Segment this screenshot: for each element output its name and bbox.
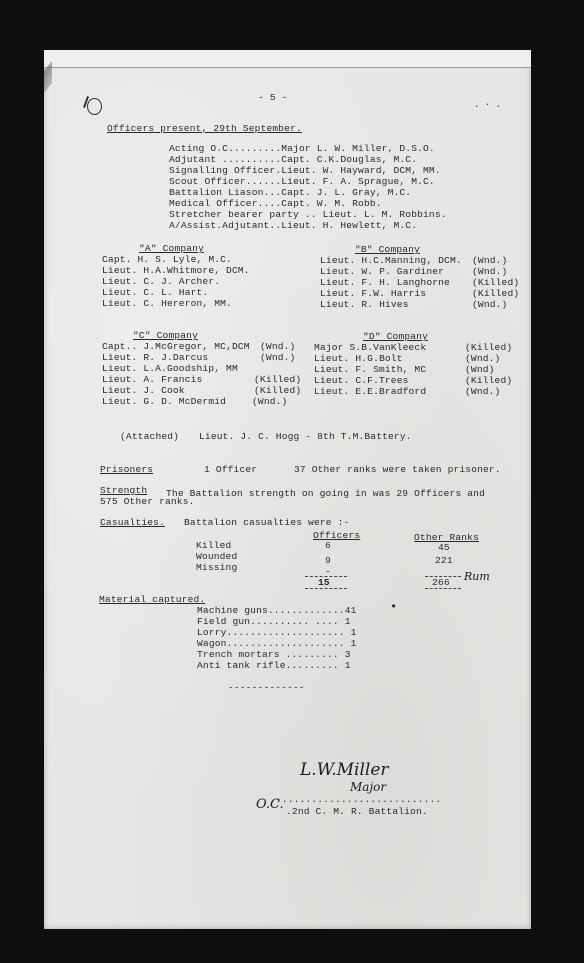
company-title: "D" Company <box>363 331 428 342</box>
casualty-officers: 9 <box>325 555 331 566</box>
staff-row: Acting O.C.........Major L. W. Miller, D… <box>169 143 435 154</box>
col-officers-header: Officers <box>313 530 360 541</box>
punch-hole-icon <box>87 98 102 115</box>
staff-row: Medical Officer....Capt. W. M. Robb. <box>169 198 382 209</box>
signature-name: L.W.Miller <box>300 760 389 780</box>
officer-name: Lieut. H.C.Manning, DCM. <box>320 255 462 266</box>
staff-row: Signalling Officer.Lieut. W. Hayward, DC… <box>169 165 441 176</box>
attached-text: Lieut. J. C. Hogg - 8th T.M.Battery. <box>199 431 412 442</box>
staff-name: Capt. J. L. Gray, M.C. <box>281 187 411 198</box>
casualty-officers: 6 <box>325 540 331 551</box>
prisoners-label: Prisoners <box>100 464 153 475</box>
casualty-other-ranks: 45 <box>438 542 450 553</box>
company-title: "C" Company <box>133 330 198 341</box>
officer-status: (Killed) <box>472 288 519 299</box>
officer-status: (Killed) <box>472 277 519 288</box>
officer-status: (Wnd.) <box>260 352 295 363</box>
prisoners-text: 37 Other ranks were taken prisoner. <box>294 464 501 475</box>
signature-line: ............................. <box>270 794 441 805</box>
staff-role: Medical Officer.... <box>169 198 281 209</box>
officer-row: Lieut. H.A.Whitmore, DCM. <box>102 265 250 276</box>
sum-rule <box>305 588 347 589</box>
officer-status: (Wnd.) <box>472 255 507 266</box>
officer-name: Lieut. G. D. McDermid <box>102 396 226 407</box>
material-qty: 1 <box>345 660 351 671</box>
material-row: Wagon.................... 1 <box>197 638 357 649</box>
material-row: Trench mortars ......... 3 <box>197 649 351 660</box>
sum-rule <box>425 588 461 589</box>
staff-row: Scout Officer......Lieut. F. A. Sprague,… <box>169 176 435 187</box>
staff-name: Major L. W. Miller, D.S.O. <box>281 143 435 154</box>
margin-initials: Rum <box>464 570 490 583</box>
officer-name: Lieut. F. Smith, MC <box>314 364 426 375</box>
material-item: Lorry.................... <box>197 627 351 638</box>
section-title: Officers present, 29th September. <box>107 123 302 134</box>
strength-label: Strength <box>100 485 147 496</box>
staff-role: A/Assist.Adjutant.. <box>169 220 281 231</box>
staff-name: Capt. C.K.Douglas, M.C. <box>281 154 417 165</box>
staff-name: Capt. W. M. Robb. <box>281 198 381 209</box>
casualty-label: Killed <box>196 540 231 551</box>
officer-name: Lieut. R. Hives <box>320 299 409 310</box>
officer-status: (Wnd) <box>465 364 495 375</box>
total-officers: 15 <box>318 577 330 588</box>
staff-role: Adjutant .......... <box>169 154 281 165</box>
material-row: Lorry.................... 1 <box>197 627 357 638</box>
staff-role: Battalion Liason... <box>169 187 281 198</box>
officer-row: Lieut. C. Hereron, MM. <box>102 298 232 309</box>
staff-role: Acting O.C......... <box>169 143 281 154</box>
signature-unit: .2nd C. M. R. Battalion. <box>286 806 428 817</box>
casualties-label: Casualties. <box>100 517 165 528</box>
officer-row: Lieut. C. J. Archer. <box>102 276 220 287</box>
staff-name: Lieut. L. M. Robbins. <box>323 209 447 220</box>
staff-name: Lieut. H. Hewlett, M.C. <box>281 220 417 231</box>
staff-name: Lieut. F. A. Sprague, M.C. <box>281 176 435 187</box>
casualty-other-ranks: 221 <box>435 555 453 566</box>
staff-name: Lieut. W. Hayward, DCM, MM. <box>281 165 441 176</box>
material-row: Field gun.......... .... 1 <box>197 616 351 627</box>
total-other-ranks: 266 <box>432 577 450 588</box>
ink-specks: . · . <box>474 100 501 110</box>
ink-dot: • <box>390 602 397 613</box>
strength-line1: The Battalion strength on going in was 2… <box>166 488 485 499</box>
officer-status: (Wnd.) <box>472 299 507 310</box>
material-item: Anti tank rifle......... <box>197 660 345 671</box>
staff-row: Adjutant ..........Capt. C.K.Douglas, M.… <box>169 154 417 165</box>
end-separator: ------------- <box>228 682 305 693</box>
material-item: Wagon.................... <box>197 638 351 649</box>
officer-row: Capt. H. S. Lyle, M.C. <box>102 254 232 265</box>
officer-name: Lieut. A. Francis <box>102 374 202 385</box>
prisoners-officers: 1 Officer <box>204 464 257 475</box>
strength-line2: 575 Other ranks. <box>100 496 195 507</box>
officer-name: Lieut. C.F.Trees <box>314 375 409 386</box>
staff-role: Scout Officer...... <box>169 176 281 187</box>
material-row: Anti tank rifle......... 1 <box>197 660 351 671</box>
staff-role: Stretcher bearer party .. <box>169 209 323 220</box>
material-qty: 3 <box>345 649 351 660</box>
company-title: "A" Company <box>139 243 204 254</box>
officer-name: Lieut. W. P. Gardiner <box>320 266 444 277</box>
signature-rank: Major <box>350 780 386 794</box>
material-qty: 1 <box>351 627 357 638</box>
officer-status: (Wnd.) <box>465 353 500 364</box>
officer-status: (Wnd.) <box>260 341 295 352</box>
staff-row: Battalion Liason...Capt. J. L. Gray, M.C… <box>169 187 411 198</box>
material-label: Material captured. <box>99 594 205 605</box>
officer-status: (Killed) <box>465 342 512 353</box>
staff-role: Signalling Officer. <box>169 165 281 176</box>
casualty-label: Wounded <box>196 551 237 562</box>
officer-status: (Killed) <box>465 375 512 386</box>
material-item: Field gun.......... .... <box>197 616 345 627</box>
officer-status: (Wnd.) <box>465 386 500 397</box>
officer-name: Capt.. J.McGregor, MC,DCM <box>102 341 250 352</box>
officer-status: (Wnd.) <box>252 396 287 407</box>
officer-name: Lieut. F. H. Langhorne <box>320 277 450 288</box>
page-fold <box>44 50 531 68</box>
officer-status: (Killed) <box>254 385 301 396</box>
casualty-label: Missing <box>196 562 237 573</box>
company-title: "B" Company <box>355 244 420 255</box>
casualties-intro: Battalion casualties were :- <box>184 517 349 528</box>
material-item: Trench mortars ......... <box>197 649 345 660</box>
officer-name: Lieut. L.A.Goodship, MM <box>102 363 238 374</box>
material-qty: 1 <box>345 616 351 627</box>
page-number: - 5 - <box>258 92 288 103</box>
staff-row: Stretcher bearer party .. Lieut. L. M. R… <box>169 209 447 220</box>
material-row: Machine guns.............41 <box>197 605 357 616</box>
material-qty: 41 <box>345 605 357 616</box>
officer-name: Lieut. R. J.Darcus <box>102 352 208 363</box>
officer-row: Lieut. C. L. Hart. <box>102 287 208 298</box>
officer-name: Lieut. H.G.Bolt <box>314 353 403 364</box>
officer-name: Major S.B.VanKleeck <box>314 342 426 353</box>
attached-label: (Attached) <box>120 431 179 442</box>
officer-status: (Wnd.) <box>472 266 507 277</box>
officer-name: Lieut. J. Cook <box>102 385 185 396</box>
officer-status: (Killed) <box>254 374 301 385</box>
signature-prefix: O.C. <box>256 797 284 812</box>
officer-name: Lieut. E.E.Bradford <box>314 386 426 397</box>
officer-name: Lieut. F.W. Harris <box>320 288 426 299</box>
staff-row: A/Assist.Adjutant..Lieut. H. Hewlett, M.… <box>169 220 417 231</box>
material-item: Machine guns............. <box>197 605 345 616</box>
material-qty: 1 <box>351 638 357 649</box>
